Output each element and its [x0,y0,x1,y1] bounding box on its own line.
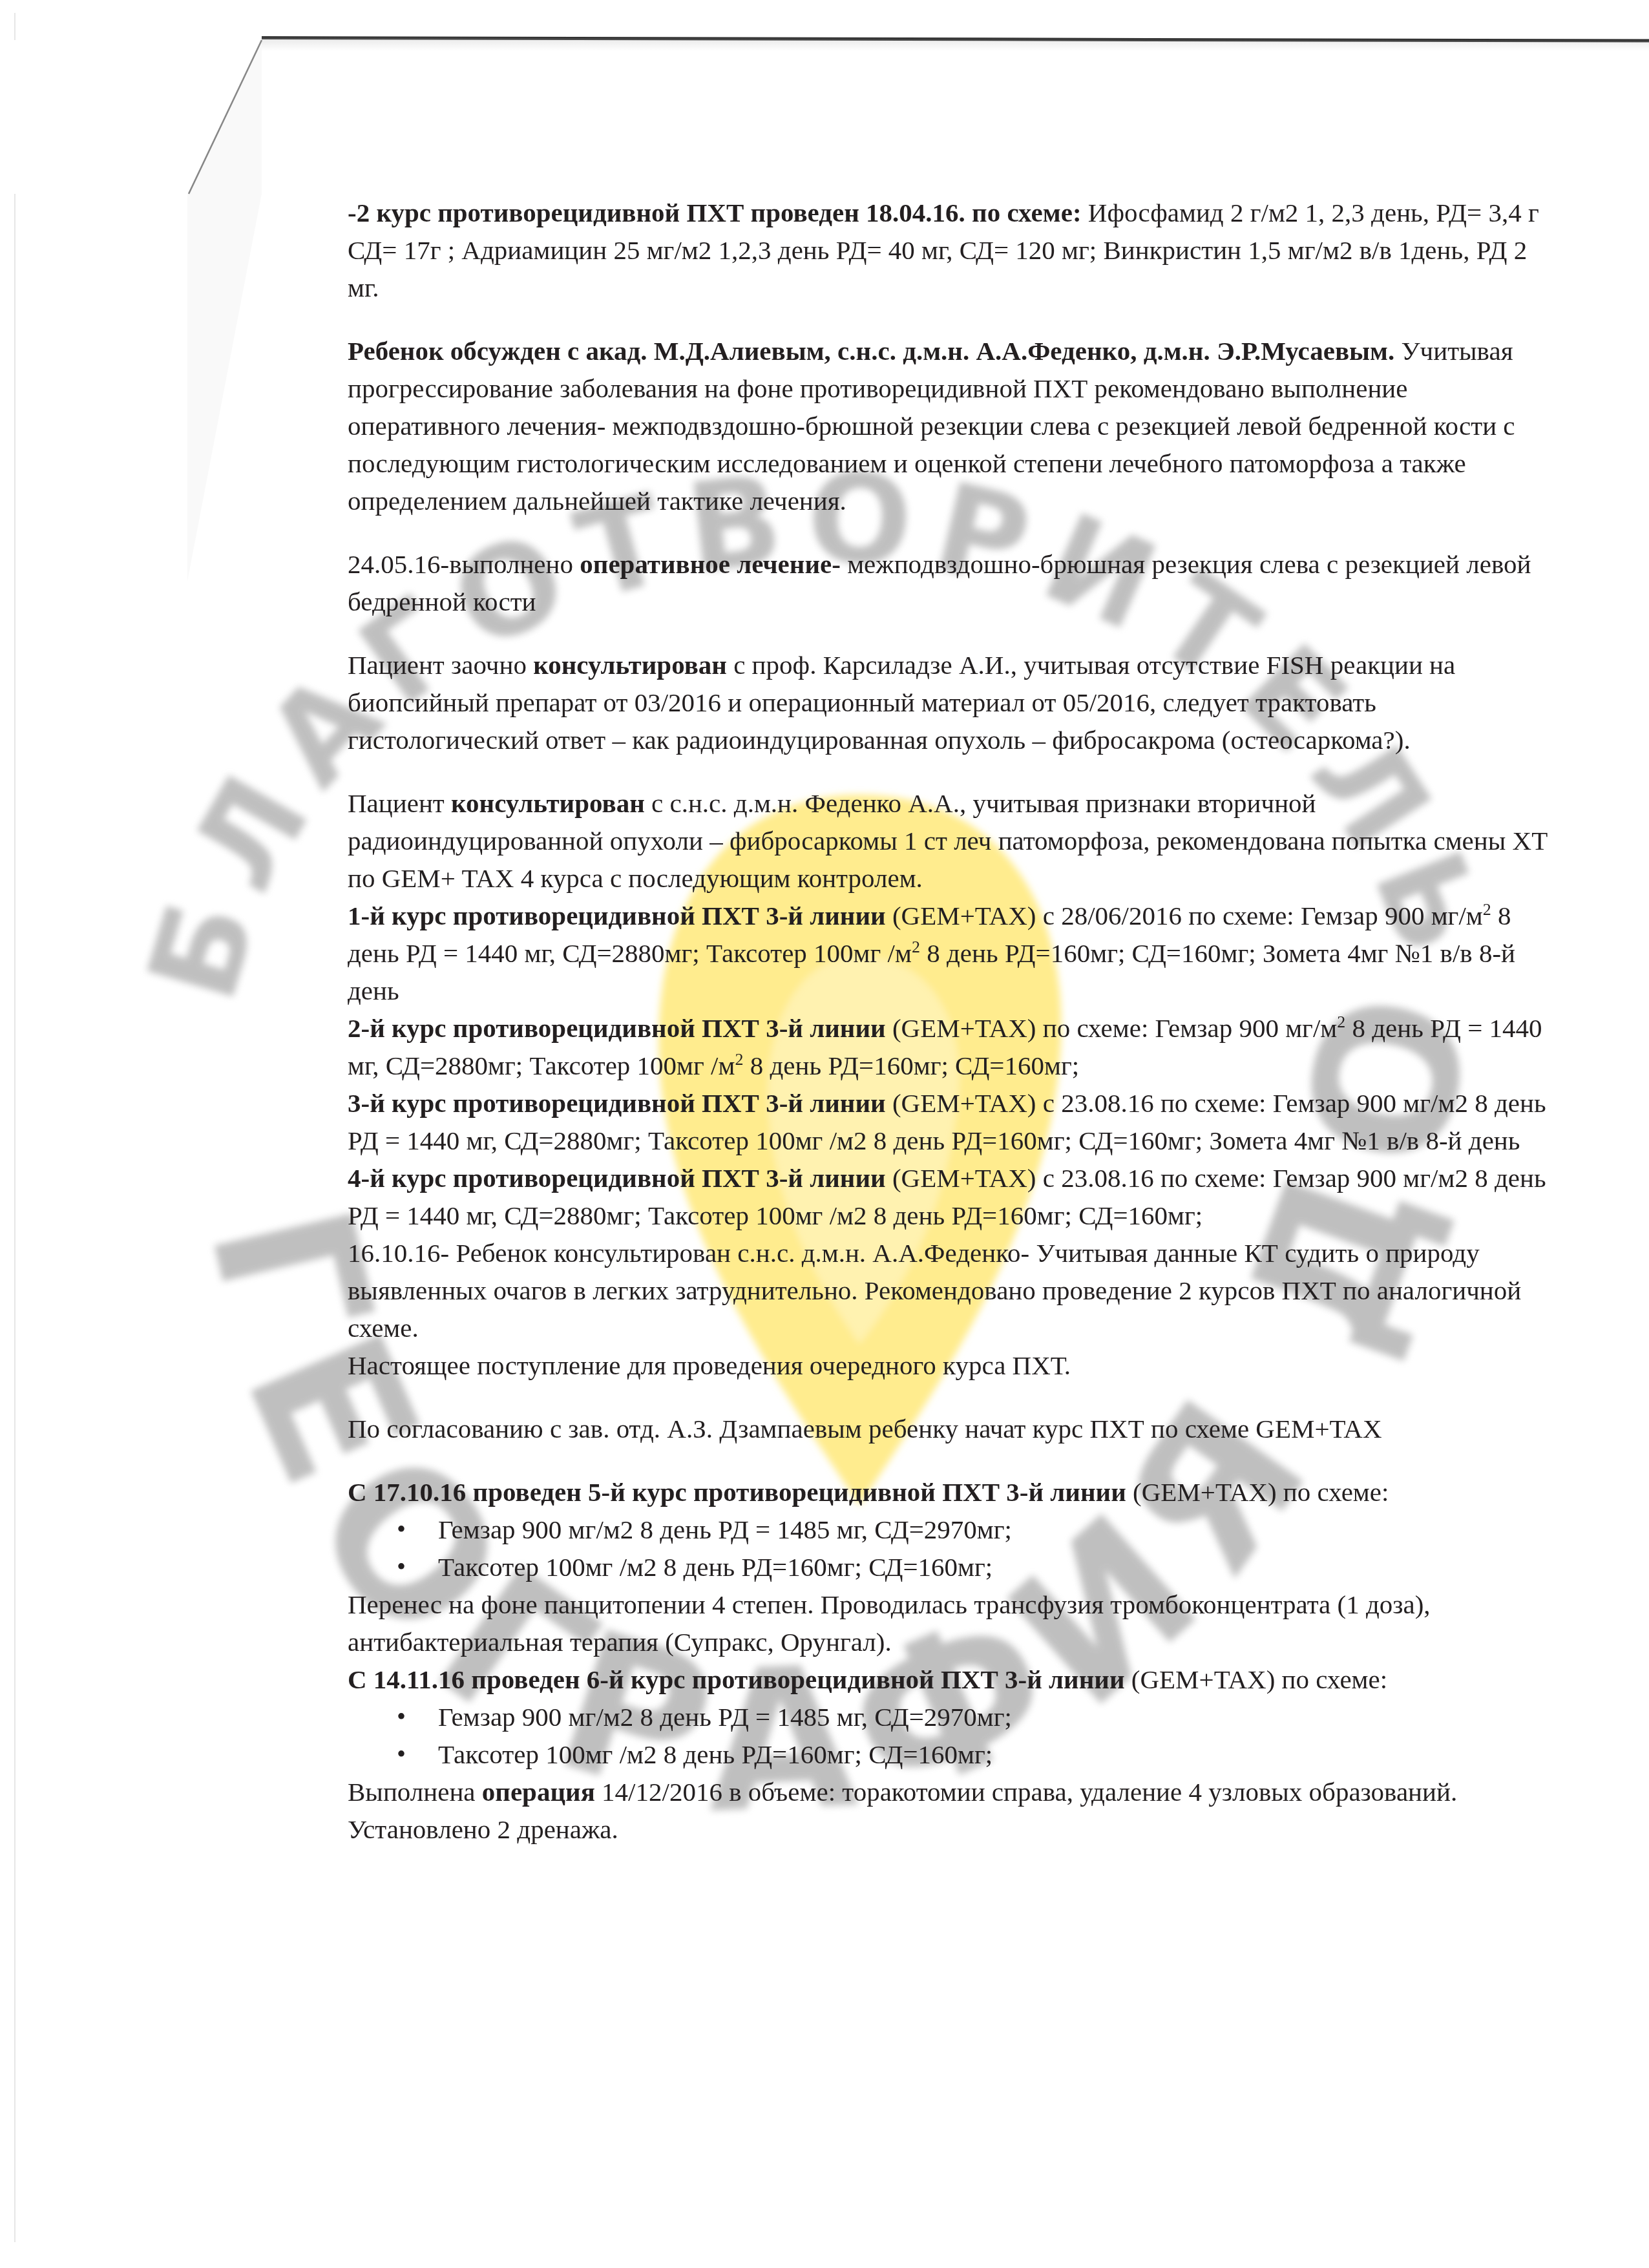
medical-record-body: -2 курс противорецидивной ПХТ проведен 1… [348,194,1562,1848]
bold-run: 3-й курс противорецидивной ПХТ 3-й линии [348,1088,886,1118]
paragraph-course3-5: С 17.10.16 проведен 5-й курс противореци… [348,1473,1562,1511]
dosage-list: Гемзар 900 мг/м2 8 день РД = 1485 мг, СД… [348,1698,1562,1773]
text-run: 16.10.16- Ребенок консультирован с.н.с. … [348,1238,1521,1343]
text-run: 8 день РД=160мг; СД=160мг; [743,1051,1079,1080]
bold-run: Ребенок обсужден с акад. М.Д.Алиевым, с.… [348,336,1394,366]
superscript: 2 [735,1050,743,1069]
bold-run: 2-й курс противорецидивной ПХТ 3-й линии [348,1013,886,1043]
dosage-list-item: Таксотер 100мг /м2 8 день РД=160мг; СД=1… [348,1548,1562,1586]
dosage-list-item: Таксотер 100мг /м2 8 день РД=160мг; СД=1… [348,1736,1562,1773]
bold-run: 4-й курс противорецидивной ПХТ 3-й линии [348,1163,886,1193]
text-run: Выполнена [348,1777,482,1807]
scan-left-rule [14,13,16,2242]
text-run: (GEM+TAX) с 28/06/2016 по схеме: Гемзар … [886,901,1483,930]
superscript: 2 [1337,1013,1345,1031]
bold-run: консультирован [451,788,645,818]
text-run: По согласованию с зав. отд. А.З. Дзампае… [348,1414,1382,1444]
paragraph-consult-karsiladze: Пациент заочно консультирован с проф. Ка… [348,646,1562,759]
bold-run: консультирован [533,650,727,680]
paragraph-course3-2: 2-й курс противорецидивной ПХТ 3-й линии… [348,1009,1562,1084]
bold-run: С 14.11.16 проведен 6-й курс противореци… [348,1664,1125,1694]
paragraph-gap [348,520,1562,545]
paragraph-course3-1: 1-й курс противорецидивной ПХТ 3-й линии… [348,897,1562,1009]
text-run: Пациент заочно [348,650,533,680]
text-run: Настоящее поступление для проведения оче… [348,1350,1071,1380]
text-run: (GEM+TAX) по схеме: [1126,1477,1389,1507]
dosage-list: Гемзар 900 мг/м2 8 день РД = 1485 мг, СД… [348,1511,1562,1586]
dosage-list-item: Гемзар 900 мг/м2 8 день РД = 1485 мг, СД… [348,1511,1562,1548]
paragraph-gap [348,620,1562,646]
paragraph-consult-ct: 16.10.16- Ребенок консультирован с.н.с. … [348,1234,1562,1347]
paragraph-gap [348,306,1562,332]
paragraph-surgery1: 24.05.16-выполнено оперативное лечение- … [348,545,1562,620]
text-run: (GEM+TAX) по схеме: Гемзар 900 мг/м [886,1013,1338,1043]
paragraph-surgery2: Выполнена операция 14/12/2016 в объеме: … [348,1773,1562,1848]
text-run: (GEM+TAX) по схеме: [1125,1664,1388,1694]
paragraph-discussion: Ребенок обсужден с акад. М.Д.Алиевым, с.… [348,332,1562,520]
text-run: Пациент [348,788,451,818]
paragraph-agreement: По согласованию с зав. отд. А.З. Дзампае… [348,1410,1562,1447]
paragraph-admission: Настоящее поступление для проведения оче… [348,1347,1562,1384]
bold-run: 1-й курс противорецидивной ПХТ 3-й линии [348,901,886,930]
scan-page-top-shadow [262,39,1649,51]
paragraph-gap [348,1384,1562,1410]
paragraph-gap [348,1447,1562,1473]
paragraph-gap [348,759,1562,784]
bold-run: -2 курс противорецидивной ПХТ проведен 1… [348,198,1082,227]
paragraph-course3-6: С 14.11.16 проведен 6-й курс противореци… [348,1661,1562,1698]
paragraph-consult-fedenko: Пациент консультирован с с.н.с. д.м.н. Ф… [348,784,1562,897]
superscript: 2 [1483,900,1491,919]
bold-run: операция [482,1777,595,1807]
paragraph-course2: -2 курс противорецидивной ПХТ проведен 1… [348,194,1562,306]
dosage-list-item: Гемзар 900 мг/м2 8 день РД = 1485 мг, СД… [348,1698,1562,1736]
superscript: 2 [912,938,920,956]
bold-run: С 17.10.16 проведен 5-й курс противореци… [348,1477,1126,1507]
text-run: Перенес на фоне панцитопении 4 степен. П… [348,1590,1431,1657]
text-run: 24.05.16-выполнено [348,549,580,579]
paragraph-course3-3: 3-й курс противорецидивной ПХТ 3-й линии… [348,1084,1562,1159]
paragraph-complication: Перенес на фоне панцитопении 4 степен. П… [348,1586,1562,1661]
paragraph-course3-4: 4-й курс противорецидивной ПХТ 3-й линии… [348,1159,1562,1234]
bold-run: оперативное лечение- [580,549,841,579]
